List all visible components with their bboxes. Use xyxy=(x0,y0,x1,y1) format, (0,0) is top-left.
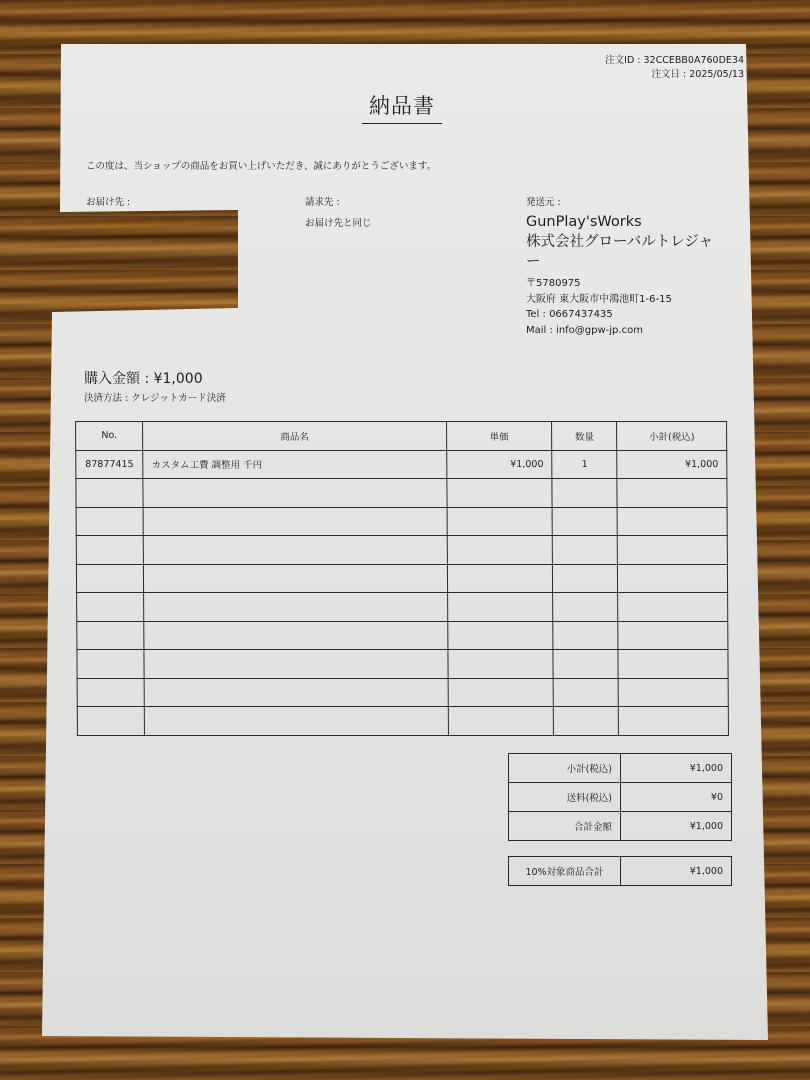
payment-method: 決済方法 : クレジットカード決済 xyxy=(84,390,226,404)
item-subtotal: ¥1,000 xyxy=(617,450,727,479)
table-row xyxy=(77,678,728,707)
item-name xyxy=(144,564,448,593)
totals-value: ¥0 xyxy=(621,783,732,812)
table-row: 87877415カスタム工費 調整用 千円¥1,0001¥1,000 xyxy=(76,450,727,479)
item-quantity xyxy=(553,650,618,679)
totals-label: 送料(税込) xyxy=(509,783,621,812)
table-row xyxy=(77,707,728,736)
totals-row: 合計金額¥1,000 xyxy=(509,812,732,841)
item-unit-price xyxy=(447,564,553,593)
header-product-name: 商品名 xyxy=(143,422,447,451)
item-no xyxy=(76,507,143,536)
greeting-text: この度は、当ショップの商品をお買い上げいただき、誠にありがとうございます。 xyxy=(86,158,436,172)
sender-address: 大阪府 東大阪市中鴻池町1-6-15 xyxy=(526,292,672,308)
item-unit-price xyxy=(447,621,553,650)
item-no xyxy=(77,650,144,679)
item-name xyxy=(144,621,448,650)
item-no xyxy=(76,536,143,565)
document-title: 納品書 xyxy=(362,90,442,124)
sender-mail: Mail : info@gpw-jp.com xyxy=(526,323,672,339)
item-name xyxy=(144,650,448,679)
item-no xyxy=(77,678,144,707)
item-quantity xyxy=(553,707,618,736)
item-name xyxy=(143,507,447,536)
sender-corp-name: 株式会社グローバルトレジャー xyxy=(526,232,726,272)
item-quantity xyxy=(553,564,618,593)
item-name: カスタム工費 調整用 千円 xyxy=(143,450,447,479)
item-subtotal xyxy=(618,507,728,536)
totals-label: 合計金額 xyxy=(509,812,621,841)
order-meta: 注文ID : 32CCEBB0A760DE34 注文日 : 2025/05/13 xyxy=(605,54,744,82)
item-quantity xyxy=(553,621,618,650)
item-subtotal xyxy=(618,593,728,622)
totals-label: 小計(税込) xyxy=(509,754,621,783)
item-subtotal xyxy=(618,564,728,593)
item-quantity xyxy=(552,536,617,565)
item-no xyxy=(76,479,143,508)
totals-row: 小計(税込)¥1,000 xyxy=(509,754,732,783)
items-table: No. 商品名 単価 数量 小計(税込) 87877415カスタム工費 調整用 … xyxy=(75,421,729,736)
order-id: 注文ID : 32CCEBB0A760DE34 xyxy=(605,54,744,68)
item-quantity: 1 xyxy=(552,450,617,479)
totals-table: 小計(税込)¥1,000送料(税込)¥0合計金額¥1,000 xyxy=(508,753,732,841)
item-unit-price xyxy=(447,507,553,536)
item-quantity xyxy=(552,479,617,508)
sender-address-block: 〒5780975 大阪府 東大阪市中鴻池町1-6-15 Tel : 066743… xyxy=(526,276,672,338)
item-no xyxy=(76,564,143,593)
header-no: No. xyxy=(76,422,143,451)
item-subtotal xyxy=(618,621,728,650)
item-no xyxy=(77,707,144,736)
item-unit-price xyxy=(447,536,553,565)
item-quantity xyxy=(552,507,617,536)
sender-label: 発送元 : xyxy=(526,194,561,208)
item-subtotal xyxy=(618,650,728,679)
table-row xyxy=(77,621,728,650)
item-no xyxy=(77,593,144,622)
items-header-row: No. 商品名 単価 数量 小計(税込) xyxy=(76,422,727,451)
table-row xyxy=(76,536,727,565)
header-unit-price: 単価 xyxy=(446,422,552,451)
item-quantity xyxy=(553,678,618,707)
item-name xyxy=(144,678,448,707)
purchase-amount: 購入金額 : ¥1,000 xyxy=(84,368,203,388)
totals-value: ¥1,000 xyxy=(621,754,732,783)
item-subtotal xyxy=(618,536,728,565)
table-row xyxy=(77,593,728,622)
bill-to-label: 請求先 : xyxy=(305,194,340,208)
sender-brand: GunPlay'sWorks xyxy=(526,212,726,232)
table-row xyxy=(76,479,727,508)
item-name xyxy=(144,593,448,622)
item-subtotal xyxy=(619,707,729,736)
item-subtotal xyxy=(619,678,729,707)
item-unit-price xyxy=(447,479,553,508)
item-unit-price xyxy=(448,650,554,679)
tax-summary-table: 10%対象商品合計 ¥1,000 xyxy=(508,856,732,886)
header-subtotal: 小計(税込) xyxy=(617,422,727,451)
item-no: 87877415 xyxy=(76,450,143,479)
item-unit-price xyxy=(448,707,554,736)
item-no xyxy=(77,621,144,650)
tax-summary-row: 10%対象商品合計 ¥1,000 xyxy=(509,857,732,886)
item-name xyxy=(144,536,448,565)
item-name xyxy=(145,707,449,736)
table-row xyxy=(76,507,727,536)
item-subtotal xyxy=(617,479,727,508)
tax-summary-value: ¥1,000 xyxy=(621,857,732,886)
sender-company: GunPlay'sWorks 株式会社グローバルトレジャー xyxy=(526,212,726,272)
totals-row: 送料(税込)¥0 xyxy=(509,783,732,812)
item-unit-price: ¥1,000 xyxy=(446,450,552,479)
table-row xyxy=(77,650,728,679)
order-date: 注文日 : 2025/05/13 xyxy=(605,68,744,82)
item-unit-price xyxy=(448,678,554,707)
header-quantity: 数量 xyxy=(552,422,617,451)
item-quantity xyxy=(553,593,618,622)
item-unit-price xyxy=(447,593,553,622)
sender-postal: 〒5780975 xyxy=(526,276,672,292)
item-name xyxy=(143,479,447,508)
totals-value: ¥1,000 xyxy=(621,812,732,841)
table-row xyxy=(76,564,727,593)
ship-to-label: お届け先 : xyxy=(86,194,130,208)
tax-summary-label: 10%対象商品合計 xyxy=(509,857,621,886)
bill-to-value: お届け先と同じ xyxy=(305,215,372,229)
sender-tel: Tel : 0667437435 xyxy=(526,307,672,323)
